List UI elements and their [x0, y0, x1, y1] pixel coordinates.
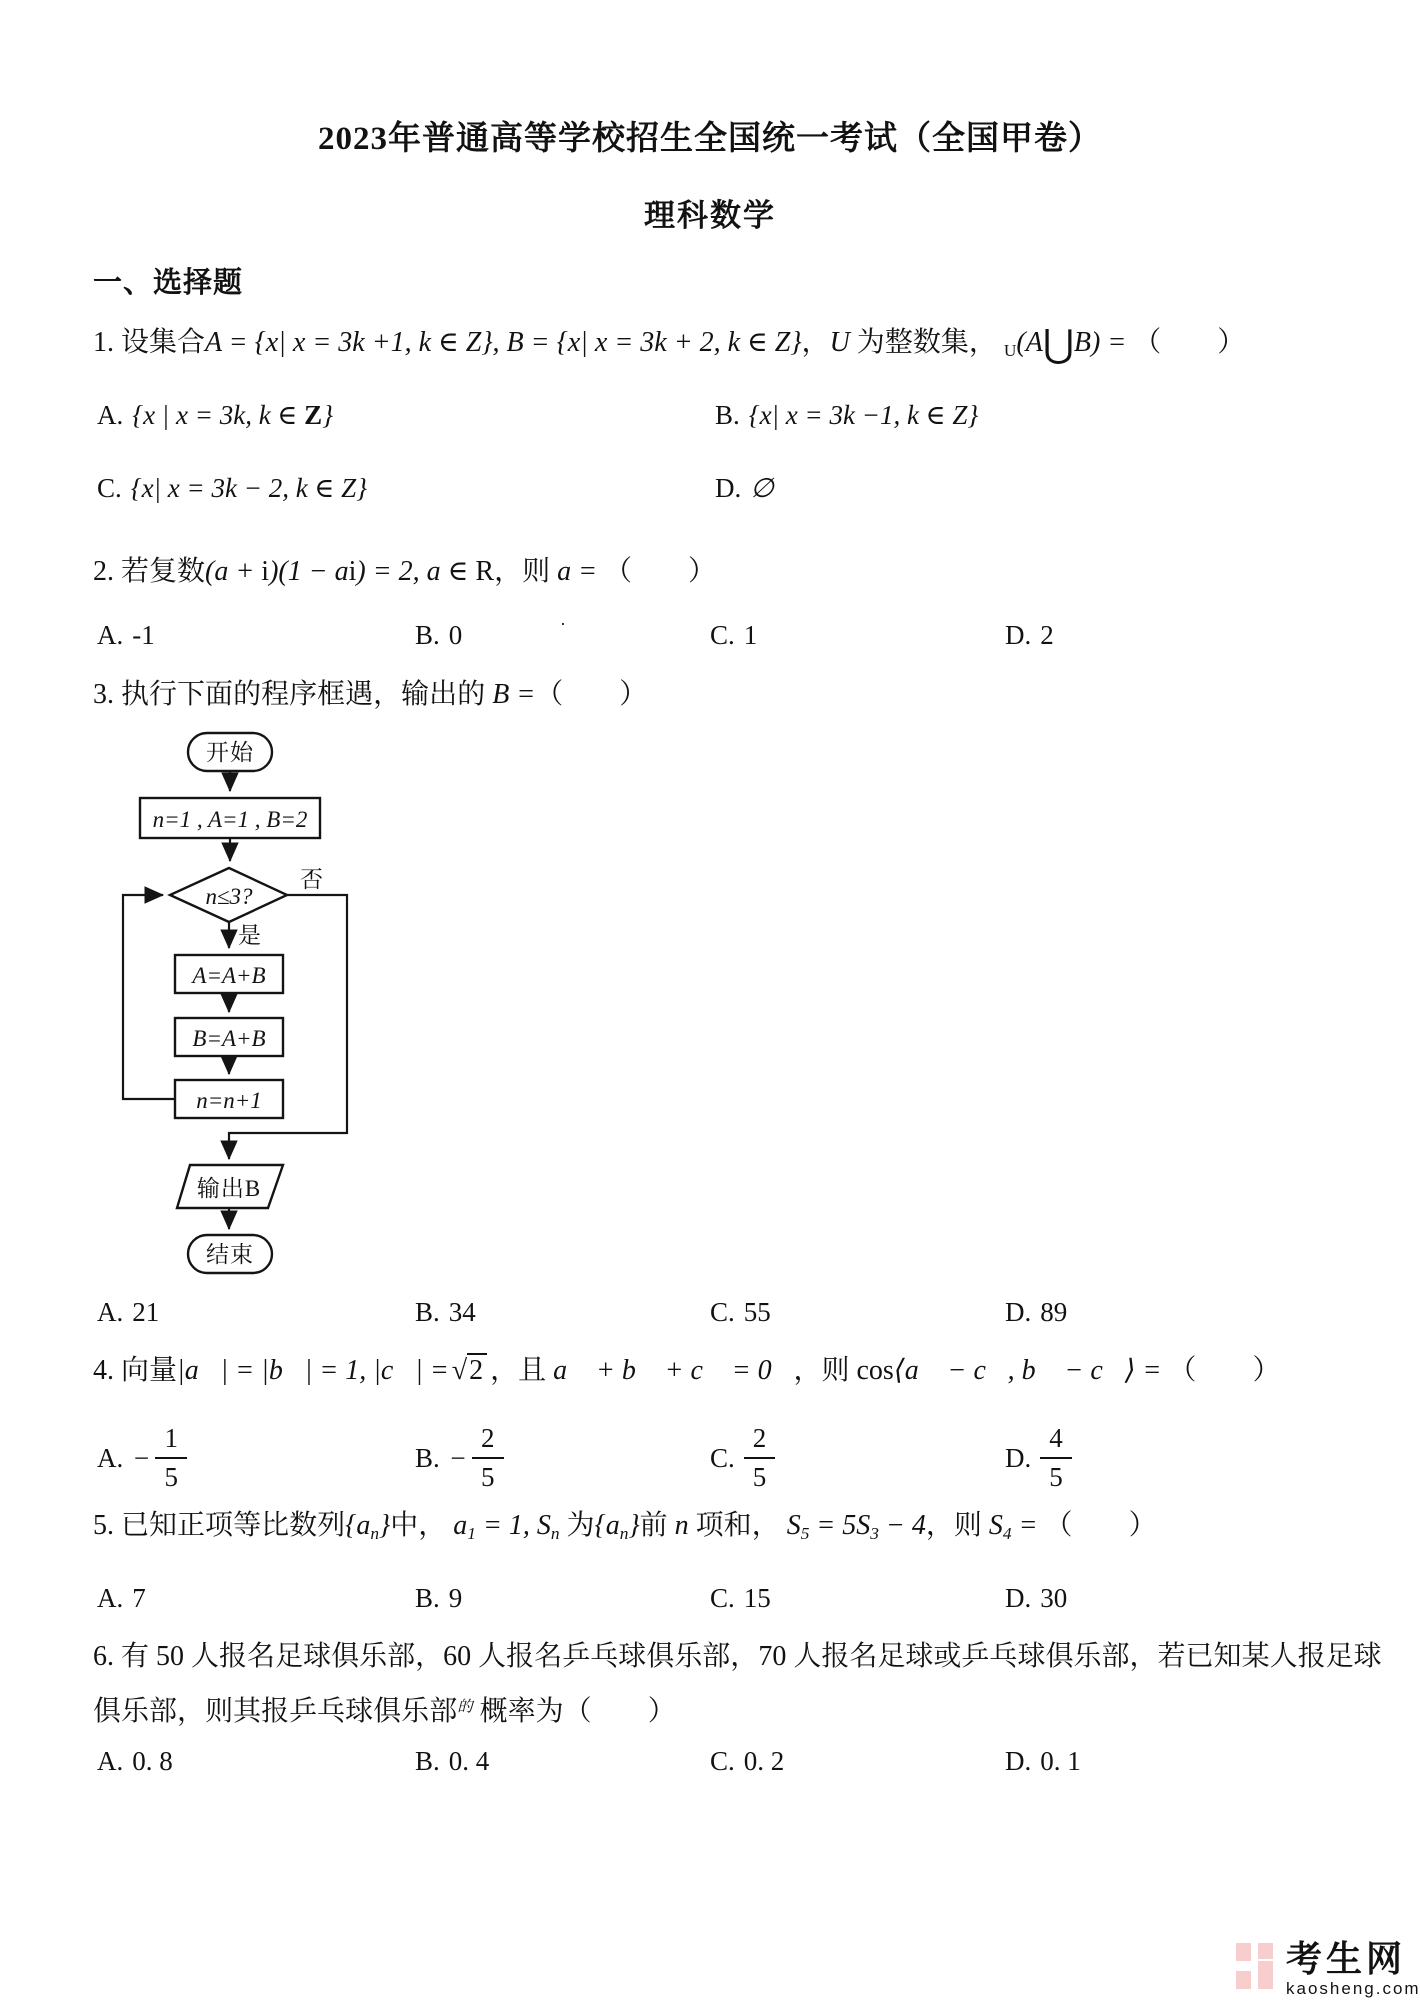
flow-step3-label: n=n+1 [196, 1088, 262, 1113]
option-d: D.89 [1005, 1297, 1067, 1328]
option-d: D.30 [1005, 1583, 1067, 1614]
option-a: A.-1 [97, 620, 155, 651]
option-c: C.15 [710, 1583, 771, 1614]
exam-page: 2023年普通高等学校招生全国统一考试（全国甲卷） 理科数学 一、选择题 1. … [0, 0, 1420, 2012]
option-a: A.21 [97, 1297, 159, 1328]
option-d: D.0. 1 [1005, 1746, 1081, 1777]
option-c: C.55 [710, 1297, 771, 1328]
watermark-logo [1236, 1941, 1276, 1991]
stray-dot: · [560, 614, 566, 635]
question-4-stem: 4. 向量|a⃗| = |b⃗| = 1, |c⃗| =√2，且 a⃗ + b⃗… [93, 1348, 1280, 1388]
question-1-stem: 1. 设集合A = {x| x = 3k +1, k ∈ Z}, B = {x|… [93, 320, 1245, 360]
option-a: A.7 [97, 1583, 146, 1614]
option-c: C.1 [710, 620, 757, 651]
option-c: C.25 [710, 1413, 775, 1503]
question-2-stem: 2. 若复数(a + i)(1 − ai) = 2, a ∈ R，则 a = （… [93, 549, 716, 589]
option-a: A.{x | x = 3k, k ∈ Z} [97, 400, 333, 431]
flow-step1-label: A=A+B [190, 963, 265, 988]
page-subtitle: 理科数学 [0, 190, 1420, 235]
option-b: B.0. 4 [415, 1746, 489, 1777]
question-6-stem-line-1: 6. 有 50 人报名足球俱乐部，60 人报名乒乓球俱乐部，70 人报名足球或乒… [93, 1634, 1382, 1674]
flow-condition-label: n≤3? [205, 884, 253, 909]
option-d: D.2 [1005, 620, 1054, 651]
flow-no-label: 否 [300, 867, 324, 892]
option-b: B.9 [415, 1583, 462, 1614]
option-d: D.45 [1005, 1413, 1072, 1503]
flow-start-label: 开始 [206, 740, 254, 765]
option-c: C.0. 2 [710, 1746, 784, 1777]
option-b: B.−25 [415, 1413, 504, 1503]
option-d: D.∅ [715, 473, 774, 504]
option-b: B.{x| x = 3k −1, k ∈ Z} [715, 400, 978, 431]
flow-step2-label: B=A+B [192, 1026, 265, 1051]
option-a: A.−15 [97, 1413, 187, 1503]
option-b: B.0 [415, 620, 462, 651]
question-5-stem: 5. 已知正项等比数列{an}中， a1 = 1, Sn 为{an}前 n 项和… [93, 1503, 1157, 1543]
option-a: A.0. 8 [97, 1746, 173, 1777]
flow-end-label: 结束 [206, 1242, 254, 1267]
watermark-site-name: 考生网 [1286, 1941, 1420, 1977]
question-6-stem-line-2: 俱乐部，则其报乒乓球俱乐部的 概率为（ ） [93, 1689, 676, 1729]
question-3-flowchart: 开始 n=1 , A=1 , B=2 n≤3? 否 是 A=A+B B=A+B … [90, 725, 420, 1285]
page-title: 2023年普通高等学校招生全国统一考试（全国甲卷） [0, 112, 1420, 159]
flow-yes-label: 是 [238, 923, 262, 948]
section-heading: 一、选择题 [93, 260, 243, 301]
flow-arrows [123, 771, 347, 1229]
flow-init-label: n=1 , A=1 , B=2 [153, 807, 308, 832]
flow-output-label: 输出B [197, 1176, 261, 1201]
question-3-stem: 3. 执行下面的程序框遇，输出的 B =（ ） [93, 672, 647, 712]
option-c: C.{x| x = 3k − 2, k ∈ Z} [97, 473, 367, 504]
watermark-site-url: kaosheng.com [1286, 1980, 1420, 1997]
watermark: 考生网 kaosheng.com [1236, 1941, 1420, 1997]
option-b: B.34 [415, 1297, 476, 1328]
